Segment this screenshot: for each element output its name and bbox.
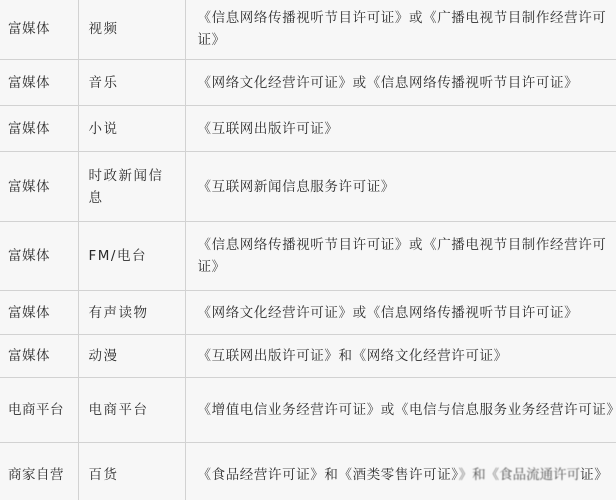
category-cell: 富媒体 xyxy=(0,152,78,222)
table-row: 电商平台 电商平台 《增值电信业务经营许可证》或《电信与信息服务业务经营许可证》 xyxy=(0,378,616,443)
subcategory-cell: 有声读物 xyxy=(78,291,185,335)
subcategory-cell: 电商平台 xyxy=(78,378,185,443)
license-cell: 《互联网出版许可证》 xyxy=(185,106,616,152)
category-cell: 富媒体 xyxy=(0,222,78,291)
subcategory-cell: 动漫 xyxy=(78,335,185,378)
table-row: 富媒体 动漫 《互联网出版许可证》和《网络文化经营许可证》 xyxy=(0,335,616,378)
table-row: 富媒体 小说 《互联网出版许可证》 xyxy=(0,106,616,152)
license-cell: 《食品经营许可证》和《酒类零售许可证》》和《食品流通许可证》 xyxy=(185,443,616,500)
category-cell: 富媒体 xyxy=(0,60,78,106)
subcategory-cell: FM/电台 xyxy=(78,222,185,291)
category-cell: 富媒体 xyxy=(0,106,78,152)
table-row: 富媒体 FM/电台 《信息网络传播视听节目许可证》或《广播电视节目制作经营许可证… xyxy=(0,222,616,291)
category-cell: 富媒体 xyxy=(0,291,78,335)
license-text: 《食品经营许可证》和《酒类零售许可证》 xyxy=(198,467,459,483)
license-text-end: 证》 xyxy=(580,467,608,483)
table-row: 富媒体 时政新闻信息 《互联网新闻信息服务许可证》 xyxy=(0,152,616,222)
subcategory-cell: 音乐 xyxy=(78,60,185,106)
category-cell: 电商平台 xyxy=(0,378,78,443)
category-cell: 商家自营 xyxy=(0,443,78,500)
license-cell: 《信息网络传播视听节目许可证》或《广播电视节目制作经营许可证》 xyxy=(185,0,616,60)
license-cell: 《网络文化经营许可证》或《信息网络传播视听节目许可证》 xyxy=(185,291,616,335)
obscured-license-text: 》和《食品流通许可 xyxy=(459,467,581,483)
license-cell: 《增值电信业务经营许可证》或《电信与信息服务业务经营许可证》 xyxy=(185,378,616,443)
license-cell: 《互联网出版许可证》和《网络文化经营许可证》 xyxy=(185,335,616,378)
license-requirements-table: 富媒体 视频 《信息网络传播视听节目许可证》或《广播电视节目制作经营许可证》 富… xyxy=(0,0,616,500)
subcategory-cell: 小说 xyxy=(78,106,185,152)
subcategory-cell: 时政新闻信息 xyxy=(78,152,185,222)
category-cell: 富媒体 xyxy=(0,335,78,378)
table-row: 富媒体 有声读物 《网络文化经营许可证》或《信息网络传播视听节目许可证》 xyxy=(0,291,616,335)
license-cell: 《网络文化经营许可证》或《信息网络传播视听节目许可证》 xyxy=(185,60,616,106)
subcategory-cell: 视频 xyxy=(78,0,185,60)
table-row: 富媒体 音乐 《网络文化经营许可证》或《信息网络传播视听节目许可证》 xyxy=(0,60,616,106)
license-cell: 《互联网新闻信息服务许可证》 xyxy=(185,152,616,222)
table-row: 商家自营 百货 《食品经营许可证》和《酒类零售许可证》》和《食品流通许可证》 xyxy=(0,443,616,500)
category-cell: 富媒体 xyxy=(0,0,78,60)
table-row: 富媒体 视频 《信息网络传播视听节目许可证》或《广播电视节目制作经营许可证》 xyxy=(0,0,616,60)
license-cell: 《信息网络传播视听节目许可证》或《广播电视节目制作经营许可证》 xyxy=(185,222,616,291)
subcategory-cell: 百货 xyxy=(78,443,185,500)
